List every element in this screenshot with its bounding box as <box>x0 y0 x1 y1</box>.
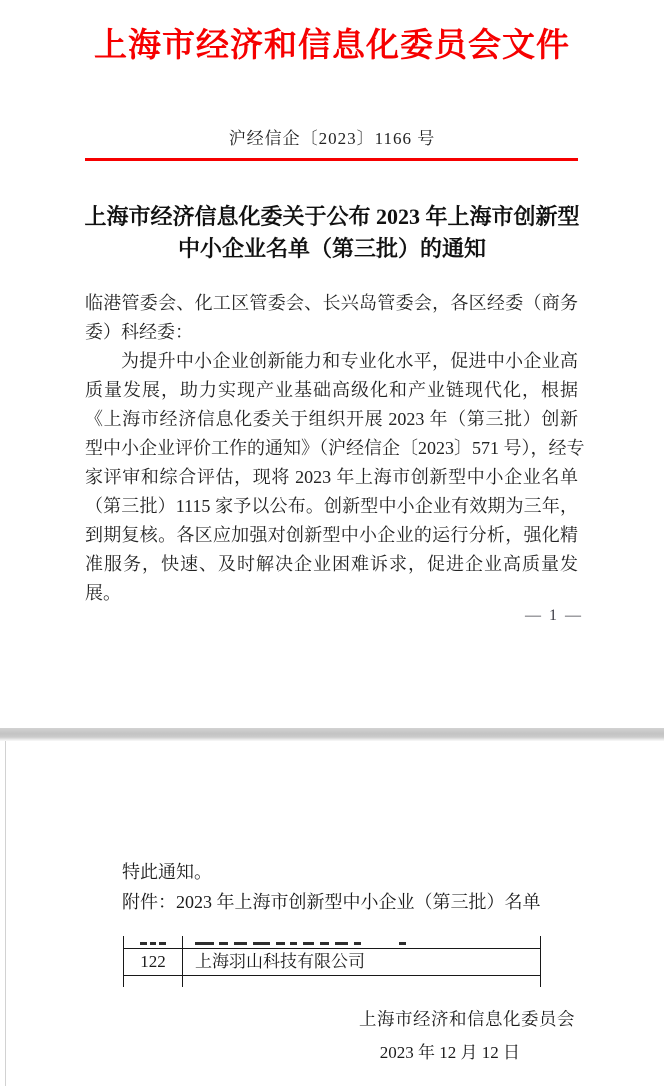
clipped-bottom-company-cell <box>183 976 540 987</box>
notice-title: 上海市经济信息化委关于公布 2023 年上海市创新型 中小企业名单（第三批）的通… <box>60 201 604 265</box>
official-document: 上海市经济和信息化委员会文件 沪经信企〔2023〕1166 号 上海市经济信息化… <box>0 0 664 1086</box>
clipped-row-company-fragments <box>183 936 540 948</box>
signature-organization: 上海市经济和信息化委员会 <box>359 1006 575 1031</box>
red-divider-line <box>85 158 578 161</box>
notice-title-line2: 中小企业名单（第三批）的通知 <box>178 236 486 261</box>
notice-closing-line: 特此通知。 <box>122 858 212 884</box>
table-row-number: 122 <box>124 949 183 975</box>
notice-title-line1: 上海市经济信息化委关于公布 2023 年上海市创新型 <box>84 204 579 229</box>
body-line: 到期复核。各区应加强对创新型中小企业的运行分析，强化精 <box>85 521 578 550</box>
body-line: 质量发展，助力实现产业基础高级化和产业链现代化，根据 <box>85 376 578 405</box>
body-line: 展。 <box>85 579 578 608</box>
table-row-clipped-top <box>123 936 541 948</box>
body-line: 准服务，快速、及时解决企业困难诉求，促进企业高质量发 <box>85 550 578 579</box>
page-number: — 1 — <box>525 607 583 625</box>
body-line: 型中小企业评价工作的通知》（沪经信企〔2023〕571 号），经专 <box>85 434 578 463</box>
document-header-title: 上海市经济和信息化委员会文件 <box>0 20 664 72</box>
body-line: 临港管委会、化工区管委会、长兴岛管委会，各区经委（商务 <box>85 289 578 318</box>
clipped-row-number-fragments <box>124 936 183 948</box>
body-line: 家评审和综合评估，现将 2023 年上海市创新型中小企业名单 <box>85 463 578 492</box>
table-row-company-name: 上海羽山科技有限公司 <box>183 949 540 975</box>
body-line: 委）科经委： <box>85 318 578 347</box>
attachment-line: 附件：2023 年上海市创新型中小企业（第三批）名单 <box>122 888 541 914</box>
page-break-divider <box>0 728 664 741</box>
table-row: 122 上海羽山科技有限公司 <box>123 948 541 976</box>
table-row-clipped-bottom <box>123 976 541 987</box>
page-edge-line <box>5 741 6 1086</box>
notice-body: 临港管委会、化工区管委会、长兴岛管委会，各区经委（商务委）科经委：为提升中小企业… <box>85 289 578 608</box>
clipped-bottom-number-cell <box>124 976 183 987</box>
body-line: 为提升中小企业创新能力和专业化水平，促进中小企业高 <box>85 347 578 376</box>
signature-date: 2023 年 12 月 12 日 <box>380 1038 520 1063</box>
body-line: （第三批）1115 家予以公布。创新型中小企业有效期为三年， <box>85 492 578 521</box>
document-number: 沪经信企〔2023〕1166 号 <box>0 124 664 149</box>
attachment-company-table: 122 上海羽山科技有限公司 <box>123 936 541 987</box>
body-line: 《上海市经济信息化委关于组织开展 2023 年（第三批）创新 <box>85 405 578 434</box>
